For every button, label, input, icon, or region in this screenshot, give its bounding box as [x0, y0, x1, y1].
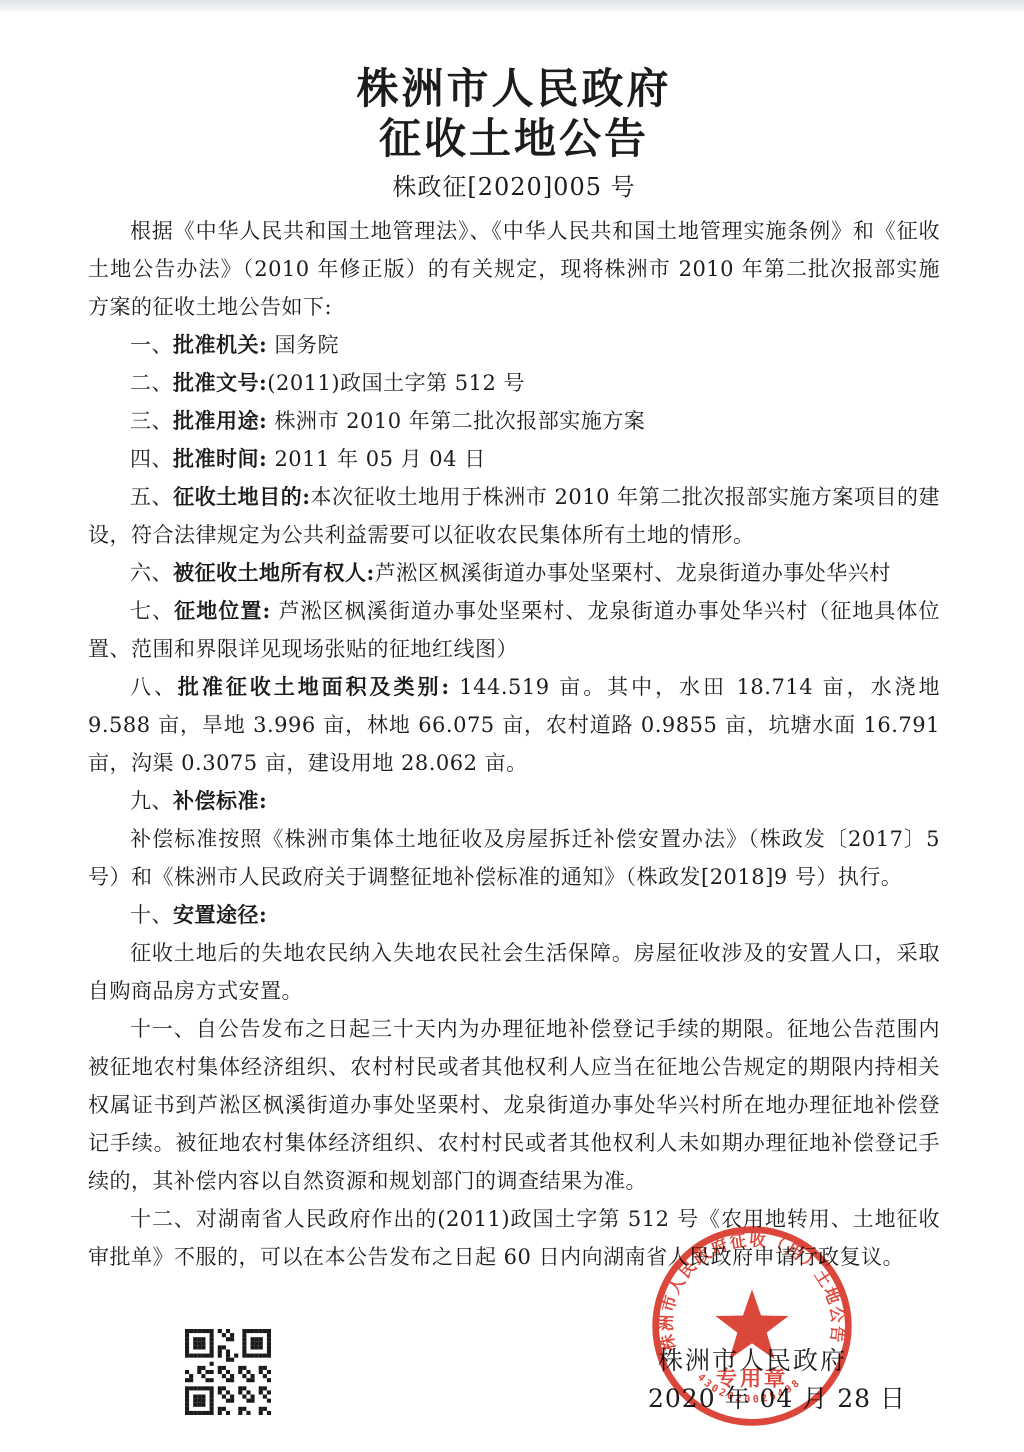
item-label: 征收土地目的: — [173, 484, 310, 509]
notice-item: 十、安置途径: — [88, 896, 940, 934]
document-page: 株洲市人民政府 征收土地公告 株政征[2020]005 号 根据《中华人民共和国… — [0, 0, 1024, 1452]
item-label: 被征收土地所有权人: — [173, 560, 375, 585]
notice-item: 四、批准时间: 2011 年 05 月 04 日 — [88, 440, 940, 478]
doc-title: 株洲市人民政府 — [88, 64, 940, 114]
item-number: 十一、 — [130, 1017, 196, 1041]
item-number: 八、 — [130, 675, 178, 699]
item-label: 批准机关: — [173, 332, 267, 357]
signature-org: 株洲市人民政府 — [658, 1341, 847, 1377]
item-number: 三、 — [130, 409, 173, 433]
item-text: 征收土地后的失地农民纳入失地农民社会生活保障。房屋征收涉及的安置人口，采取自购商… — [88, 941, 940, 1003]
item-label: 批准用途: — [173, 408, 267, 433]
item-label: 批准文号: — [173, 370, 267, 395]
notice-item: 三、批准用途: 株洲市 2010 年第二批次报部实施方案 — [88, 402, 940, 440]
notice-item: 八、批准征收土地面积及类别: 144.519 亩。其中，水田 18.714 亩，… — [88, 668, 940, 782]
seal-center-label: 专用章 — [716, 1366, 788, 1391]
doc-number: 株政征[2020]005 号 — [88, 172, 940, 202]
item-number: 一、 — [130, 333, 173, 357]
item-label: 征地位置: — [174, 598, 271, 623]
intro-paragraph: 根据《中华人民共和国土地管理法》、《中华人民共和国土地管理实施条例》和《征收土地… — [88, 212, 940, 326]
seal-serial-number: 4302020025498 — [695, 1372, 804, 1406]
item-text: 自公告发布之日起三十天内为办理征地补偿登记手续的期限。征地公告范围内被征地农村集… — [88, 1017, 940, 1193]
item-text: 株洲市 2010 年第二批次报部实施方案 — [267, 409, 645, 433]
item-number: 四、 — [130, 447, 173, 471]
notice-item: 五、征收土地目的:本次征收土地用于株洲市 2010 年第二批次报部实施方案项目的… — [88, 478, 940, 554]
qr-code-image — [185, 1328, 271, 1416]
item-number: 九、 — [130, 789, 173, 813]
item-number: 六、 — [130, 561, 173, 585]
seal-star-icon — [715, 1289, 788, 1359]
notice-item: 六、被征收土地所有权人:芦淞区枫溪街道办事处坚栗村、龙泉街道办事处华兴村 — [88, 554, 940, 592]
signature-date: 2020 年 04 月 28 日 — [648, 1379, 906, 1415]
item-label: 安置途径: — [173, 902, 267, 927]
notice-paragraph: 征收土地后的失地农民纳入失地农民社会生活保障。房屋征收涉及的安置人口，采取自购商… — [88, 934, 940, 1010]
notice-item: 九、补偿标准: — [88, 782, 940, 820]
notice-content: 株洲市人民政府 征收土地公告 株政征[2020]005 号 根据《中华人民共和国… — [0, 0, 1024, 1276]
notice-item: 十一、自公告发布之日起三十天内为办理征地补偿登记手续的期限。征地公告范围内被征地… — [88, 1010, 940, 1200]
notice-item: 十二、对湖南省人民政府作出的(2011)政国土字第 512 号《农用地转用、土地… — [88, 1200, 940, 1276]
item-text: 补偿标准按照《株洲市集体土地征收及房屋拆迁补偿安置办法》（株政发〔2017〕5 … — [88, 827, 940, 889]
item-number: 七、 — [130, 599, 174, 623]
item-label: 补偿标准: — [173, 788, 267, 813]
item-text: (2011)政国土字第 512 号 — [267, 371, 525, 395]
item-text: 2011 年 05 月 04 日 — [267, 447, 485, 471]
item-label: 批准征收土地面积及类别: — [178, 674, 450, 699]
item-label: 批准时间: — [173, 446, 267, 471]
notice-item: 七、征地位置: 芦淞区枫溪街道办事处坚栗村、龙泉街道办事处华兴村（征地具体位置、… — [88, 592, 940, 668]
notice-item: 二、批准文号:(2011)政国土字第 512 号 — [88, 364, 940, 402]
notice-body: 根据《中华人民共和国土地管理法》、《中华人民共和国土地管理实施条例》和《征收土地… — [88, 212, 940, 1276]
items-list: 一、批准机关: 国务院二、批准文号:(2011)政国土字第 512 号三、批准用… — [88, 326, 940, 1276]
doc-subtitle: 征收土地公告 — [88, 114, 940, 164]
item-text: 国务院 — [267, 333, 339, 357]
item-number: 十二、 — [130, 1207, 196, 1231]
item-number: 十、 — [130, 903, 173, 927]
item-text: 对湖南省人民政府作出的(2011)政国土字第 512 号《农用地转用、土地征收审… — [88, 1207, 940, 1269]
item-number: 二、 — [130, 371, 173, 395]
notice-paragraph: 补偿标准按照《株洲市集体土地征收及房屋拆迁补偿安置办法》（株政发〔2017〕5 … — [88, 820, 940, 896]
item-text: 芦淞区枫溪街道办事处坚栗村、龙泉街道办事处华兴村 — [375, 561, 891, 585]
notice-item: 一、批准机关: 国务院 — [88, 326, 940, 364]
item-number: 五、 — [130, 485, 173, 509]
